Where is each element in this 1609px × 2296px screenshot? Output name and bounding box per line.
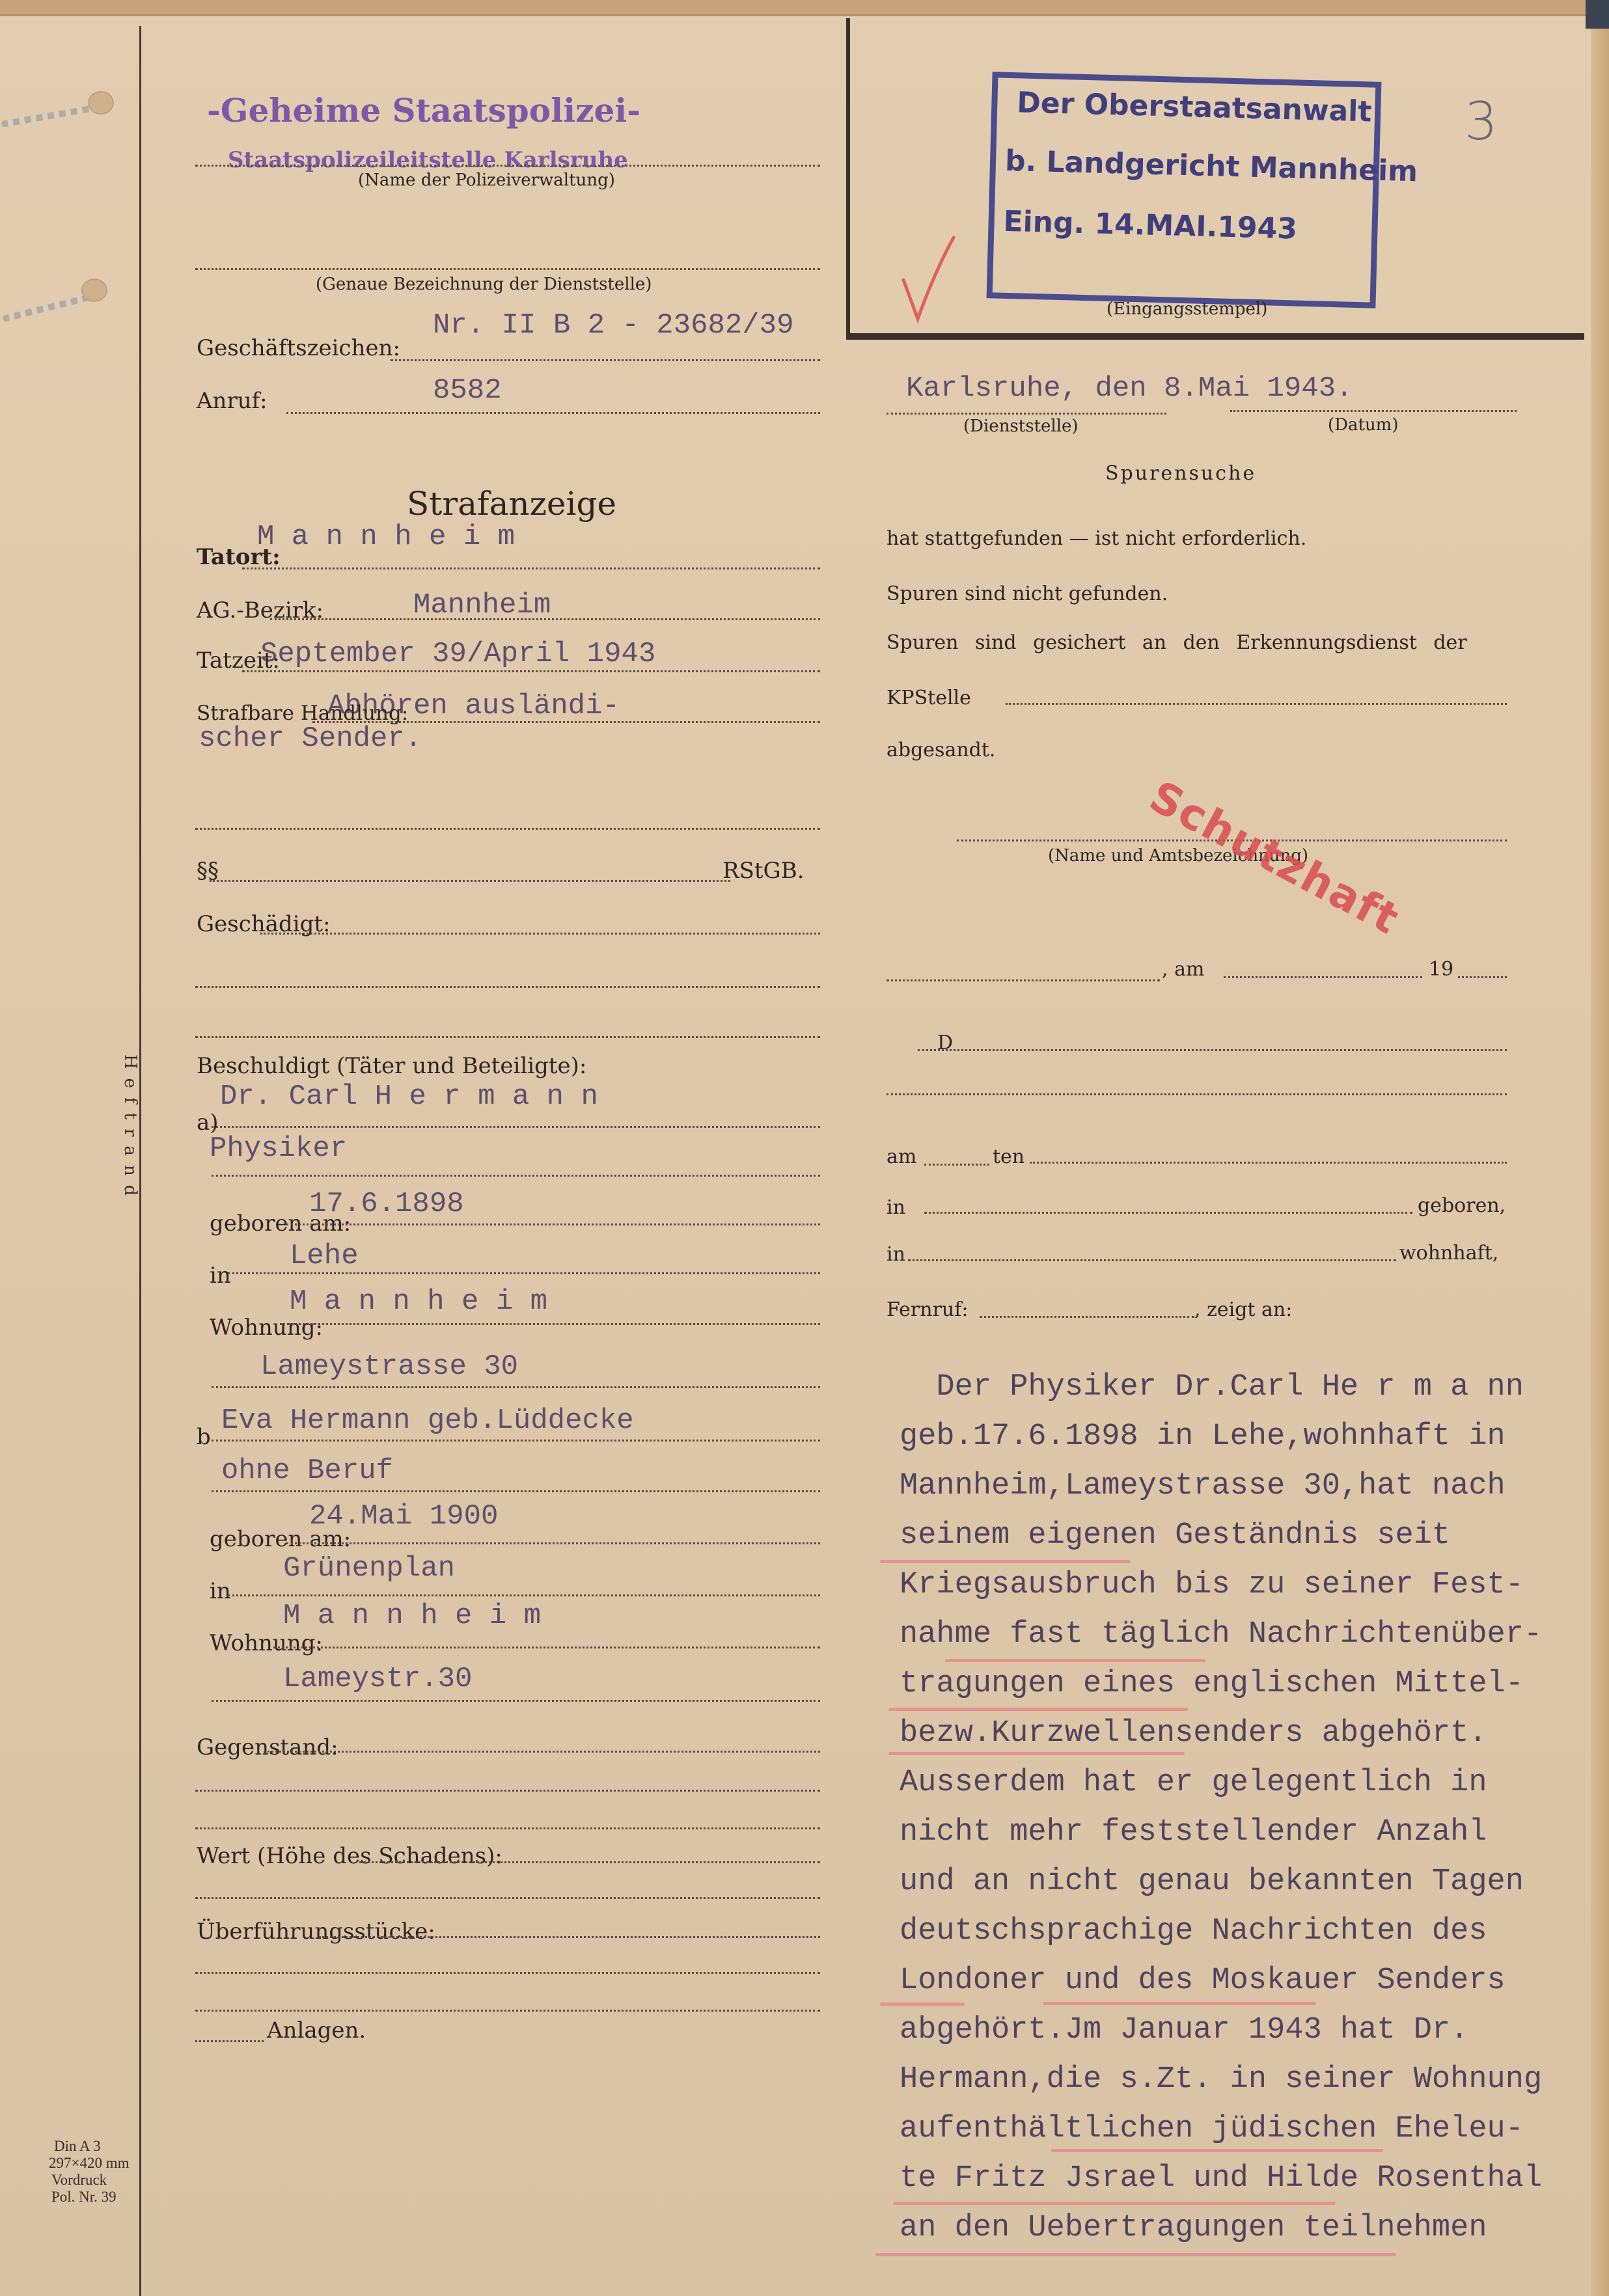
receipt-stamp-line1: Der Oberstaatsanwalt (1017, 86, 1372, 128)
line-accused-b-born (286, 1542, 820, 1544)
line-accused-a-residence (280, 1323, 820, 1325)
accused-b-residence-label: Wohnung: (210, 1630, 323, 1656)
line-accused-b-occupation (212, 1490, 820, 1492)
line-anlagen (195, 2040, 264, 2042)
agency-stamp-line1: -Geheime Staatspolizei- (207, 91, 640, 130)
document-page: Heftrand Din A 3 297×420 mm Vordruck Pol… (0, 0, 1609, 2296)
narrative-line: Londoner und des Moskauer Senders (900, 1963, 1506, 1998)
page-number: 3 (1465, 91, 1498, 152)
line-gegenstand-2 (195, 1790, 820, 1792)
reference-number: Nr. II B 2 - 23682/39 (433, 309, 794, 342)
narrative-line: nahme fast täglich Nachrichtenüber- (900, 1617, 1542, 1652)
line-gegenstand (264, 1751, 820, 1753)
narrative-line: deutschsprachige Nachrichten des (900, 1914, 1487, 1948)
line-blank-2 (195, 986, 820, 988)
line-accused-a-occupation (212, 1175, 820, 1177)
form-number: Pol. Nr. 39 (49, 2189, 130, 2206)
line-geschaedigt (260, 933, 820, 935)
form-title: Strafanzeige (407, 485, 616, 523)
narrative-line: Kriegsausbruch bis zu seiner Fest- (900, 1568, 1524, 1602)
accused-a-name: Dr. Carl H e r m a n n (220, 1080, 598, 1113)
caption-datum: (Datum) (1328, 415, 1398, 435)
line-complainant-place (887, 979, 1160, 981)
caption-police-admin: (Name der Polizeiverwaltung) (358, 171, 615, 190)
binding-hole-top (88, 91, 114, 115)
binding-hole-bottom (81, 279, 107, 302)
am-separator: , am (1162, 958, 1204, 981)
accused-a-residence-label: Wohnung: (210, 1315, 323, 1341)
line-tatzeit (242, 670, 820, 672)
narrative-line: an den Uebertragungen teilnehmen (900, 2211, 1487, 2245)
line-kp-stelle (1006, 703, 1507, 705)
form-info: Din A 3 297×420 mm Vordruck Pol. Nr. 39 (49, 2138, 130, 2206)
ueberfuehrung-label: Überführungsstücke: (197, 1919, 435, 1945)
background-corner (1586, 0, 1609, 29)
line-accused-a-name (212, 1126, 820, 1128)
narrative-line: Ausserdem hat er gelegentlich in (900, 1766, 1487, 1800)
line-accused-b-street (212, 1700, 820, 1702)
phone-value: 8582 (433, 374, 502, 407)
line-accused-a-street (212, 1386, 820, 1388)
line-complainant-date (1224, 976, 1422, 978)
line-dienststelle (887, 413, 1166, 415)
accused-b-name: Eva Hermann geb.Lüddecke (221, 1404, 634, 1437)
spurensuche-line2: Spuren sind nicht gefunden. (887, 582, 1168, 605)
tatzeit-value: September 39/April 1943 (260, 638, 655, 670)
red-underline (880, 2002, 965, 2006)
narrative-line: bezw.Kurzwellensenders abgehört. (900, 1716, 1487, 1751)
spurensuche-line3: Spuren sind gesichert an den Erkennungsd… (887, 631, 1467, 654)
line-birthplace (924, 1212, 1412, 1214)
form-dimensions: 297×420 mm (49, 2155, 130, 2172)
line-blank-3 (195, 1036, 820, 1038)
ten-label: ten (993, 1145, 1025, 1168)
line-fernruf (980, 1316, 1194, 1318)
reference-label: Geschäftszeichen: (197, 335, 400, 361)
red-underline (888, 1708, 1188, 1711)
narrative-line: seinem eigenen Geständnis seit (900, 1518, 1450, 1553)
narrative-line: Der Physiker Dr.Carl He r m a nn (900, 1370, 1524, 1404)
line-blank-1 (195, 828, 820, 830)
receipt-stamp-line3: Eing. 14.MAI.1943 (1003, 205, 1298, 246)
red-underline (945, 1659, 1205, 1662)
heftrand-label: Heftrand (114, 1054, 140, 1205)
line-datum (1230, 410, 1517, 412)
accused-b-occupation: ohne Beruf (221, 1455, 393, 1487)
accused-a-marker: a) (197, 1110, 219, 1136)
red-underline (875, 2253, 1396, 2256)
line-accused-b-residence (273, 1647, 820, 1648)
accused-b-residence-city: M a n n h e i m (283, 1600, 541, 1632)
line-residence (908, 1259, 1396, 1261)
phone-label: Anruf: (197, 388, 268, 414)
fernruf-label: Fernruf: (887, 1298, 968, 1321)
folder-right-edge (1591, 0, 1609, 2296)
narrative-line: und an nicht genau bekannten Tagen (900, 1865, 1524, 1899)
red-underline (893, 2202, 1336, 2205)
accused-b-in-label: in (210, 1578, 231, 1604)
receipt-stamp-caption: (Eingangsstempel) (1107, 299, 1267, 319)
ag-bezirk-value: Mannheim (413, 589, 551, 622)
line-am (924, 1164, 989, 1166)
narrative-line: tragungen eines englischen Mittel- (900, 1667, 1524, 1701)
anlagen-label: Anlagen. (267, 2017, 366, 2043)
gegenstand-label: Gegenstand: (197, 1734, 338, 1760)
line-ten (1030, 1162, 1507, 1164)
line-phone (286, 412, 820, 414)
binding-string-top (1, 104, 98, 128)
line-wert-2 (195, 1897, 820, 1899)
geboren-label: geboren, (1418, 1194, 1506, 1217)
accused-b-born-label: geboren am: (210, 1526, 351, 1552)
line-paragraph (210, 880, 730, 882)
tatort-value: M a n n h e i m (257, 521, 515, 553)
red-underline (1051, 2149, 1383, 2152)
kp-stelle-label: KPStelle (887, 687, 971, 709)
abgesandt-label: abgesandt. (887, 739, 995, 761)
narrative-line: Hermann,die s.Zt. in seiner Wohnung (900, 2062, 1542, 2097)
binding-string-bottom (2, 293, 95, 322)
narrative-line: geb.17.6.1898 in Lehe,wohnhaft in (900, 1419, 1506, 1454)
accused-b-residence-street: Lameystr.30 (283, 1663, 472, 1695)
accused-a-residence-street: Lameystrasse 30 (260, 1350, 518, 1383)
place-date: Karlsruhe, den 8.Mai 1943. (906, 372, 1353, 405)
folder-top-edge (0, 0, 1609, 16)
line-police-admin (195, 165, 820, 167)
line-wert (359, 1861, 820, 1863)
narrative-line: Mannheim,Lameystrasse 30,hat nach (900, 1469, 1506, 1503)
narrative-line: nicht mehr feststellender Anzahl (900, 1815, 1487, 1850)
tatzeit-label: Tatzeit: (197, 648, 280, 674)
tatort-label: Tatort: (197, 544, 281, 570)
line-gegenstand-3 (195, 1827, 820, 1829)
narrative-line: aufenthältlichen jüdischen Eheleu- (900, 2112, 1524, 2146)
check-mark-icon (898, 234, 957, 325)
in-label: in (887, 1196, 905, 1219)
line-ueberfuehrung-2 (195, 1972, 820, 1974)
narrative-line: te Fritz Jsrael und Hilde Rosenthal (900, 2161, 1542, 2196)
am-label: am (887, 1145, 916, 1168)
form-type: Vordruck (49, 2172, 130, 2189)
year-prefix: 19 (1429, 958, 1453, 981)
red-underline (1043, 2002, 1316, 2005)
in2-label: in (887, 1243, 905, 1266)
form-size: Din A 3 (49, 2138, 130, 2155)
spurensuche-title: Spurensuche (1105, 462, 1256, 485)
line-tatort (242, 567, 820, 569)
line-accused-a-birthplace (228, 1272, 820, 1274)
line-year (1458, 976, 1507, 978)
accused-b-birthplace: Grünenplan (283, 1552, 455, 1585)
line-accused-b-name (212, 1440, 820, 1442)
receipt-stamp: Der Oberstaatsanwalt b. Landgericht Mann… (987, 72, 1382, 308)
receipt-stamp-line2: b. Landgericht Mannheim (1004, 144, 1418, 189)
accused-a-occupation: Physiker (210, 1132, 347, 1165)
line-ag-bezirk (270, 618, 820, 620)
line-ueberfuehrung-3 (195, 2010, 820, 2012)
line-office (195, 268, 820, 270)
paragraph-suffix: RStGB. (722, 858, 804, 884)
caption-dienststelle: (Dienststelle) (963, 417, 1079, 436)
line-complainant-2 (887, 1093, 1507, 1095)
wohnhaft-label: wohnhaft, (1399, 1242, 1498, 1264)
wert-label: Wert (Höhe des Schadens): (197, 1843, 502, 1869)
caption-office: (Genaue Bezeichnung der Dienststelle) (316, 275, 652, 294)
handlung-value-2: scher Sender. (199, 722, 422, 755)
line-d (918, 1049, 1507, 1051)
accused-b-marker: b (197, 1424, 211, 1450)
accused-a-birthplace: Lehe (290, 1240, 359, 1272)
agency-stamp-line2: Staatspolizeileitstelle Karlsruhe (228, 147, 628, 173)
zeigt-an-label: , zeigt an: (1194, 1298, 1292, 1321)
beschuldigt-label: Beschuldigt (Täter und Beteiligte): (197, 1053, 586, 1079)
line-accused-a-born (286, 1223, 820, 1225)
accused-a-residence-city: M a n n h e i m (290, 1285, 547, 1318)
line-ueberfuehrung (319, 1936, 820, 1938)
spurensuche-line1: hat stattgefunden — ist nicht erforderli… (887, 527, 1306, 550)
red-underline (880, 1560, 1131, 1563)
narrative-line: abgehört.Jm Januar 1943 hat Dr. (900, 2013, 1468, 2047)
line-reference (391, 359, 820, 361)
line-accused-b-birthplace (228, 1594, 820, 1596)
accused-a-in-label: in (210, 1263, 231, 1289)
red-underline (888, 1752, 1185, 1755)
